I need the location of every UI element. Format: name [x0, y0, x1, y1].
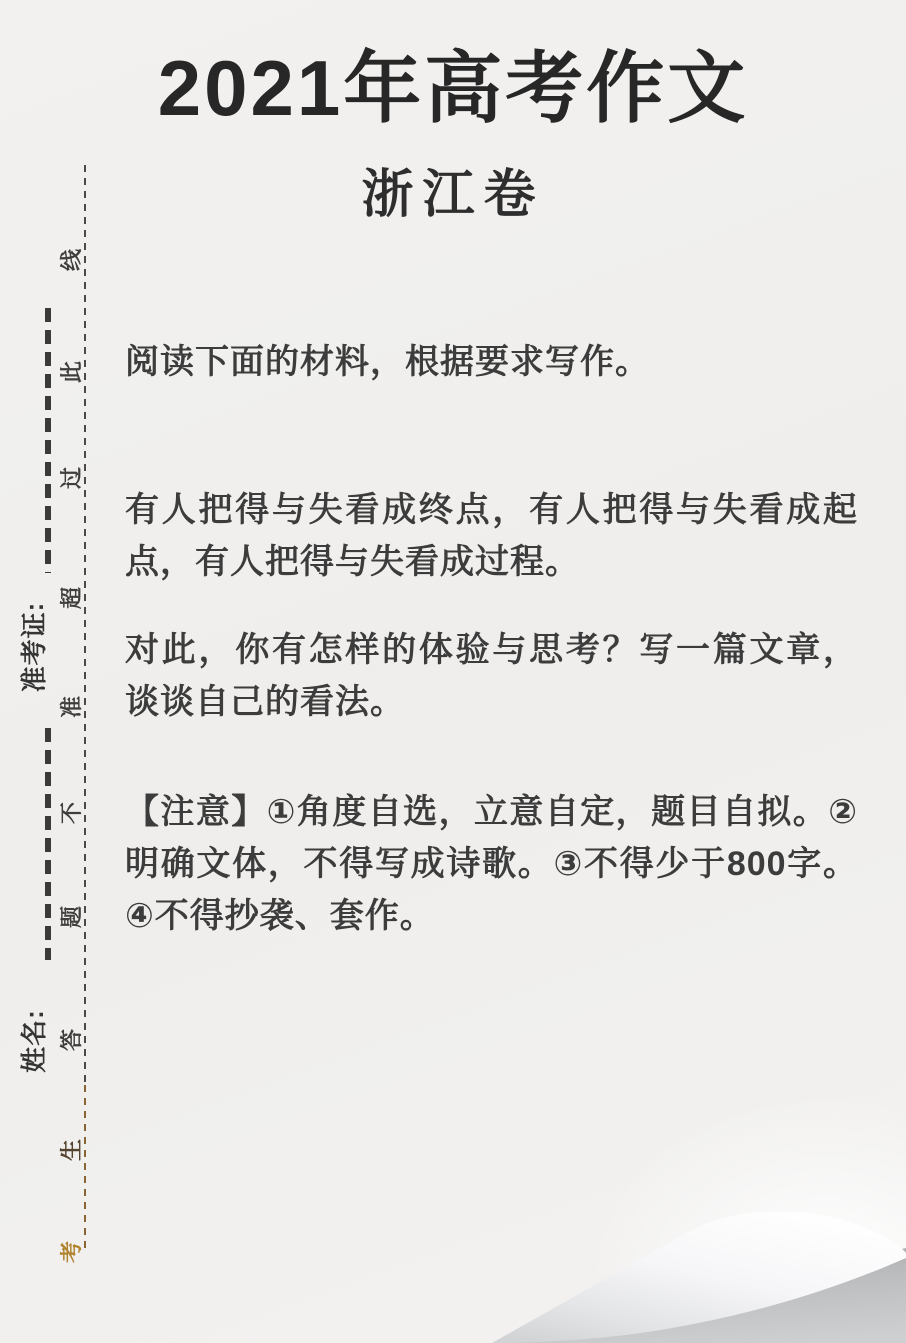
seal-char: 准 — [60, 695, 84, 719]
prompt-instruction: 阅读下面的材料，根据要求写作。 — [125, 336, 858, 388]
seal-dashed-line-faded — [84, 1085, 86, 1253]
admission-ticket-label: 准考证: — [20, 587, 48, 707]
seal-char: 超 — [60, 586, 84, 610]
seal-char: 考 — [60, 1240, 84, 1264]
seal-char: 答 — [60, 1028, 84, 1052]
seal-char: 此 — [60, 360, 84, 384]
prompt-material: 有人把得与失看成终点，有人把得与失看成起点，有人把得与失看成过程。 — [125, 484, 858, 588]
prompt-notes: 【注意】①角度自选，立意自定，题目自拟。②明确文体，不得写成诗歌。③不得少于80… — [125, 786, 858, 942]
essay-prompt: 阅读下面的材料，根据要求写作。 有人把得与失看成终点，有人把得与失看成起点，有人… — [125, 336, 858, 942]
seal-char: 不 — [60, 801, 84, 825]
name-blank-line — [45, 728, 51, 960]
seal-char: 题 — [60, 905, 84, 929]
admission-blank-line — [45, 308, 51, 573]
seal-char: 过 — [60, 466, 84, 490]
page-curl-decoration — [486, 1212, 906, 1343]
page-title: 2021年高考作文 — [0, 40, 906, 136]
seal-char: 线 — [60, 248, 84, 272]
seal-char: 生 — [60, 1138, 84, 1162]
prompt-question: 对此，你有怎样的体验与思考？写一篇文章，谈谈自己的看法。 — [125, 624, 858, 728]
page-subtitle: 浙江卷 — [0, 158, 906, 232]
exam-prompt-page: 2021年高考作文 浙江卷 线 此 过 超 准 不 题 答 生 考 准考证: 姓… — [0, 0, 906, 1343]
seal-dashed-line — [84, 165, 86, 1085]
name-label: 姓名: — [20, 993, 48, 1089]
